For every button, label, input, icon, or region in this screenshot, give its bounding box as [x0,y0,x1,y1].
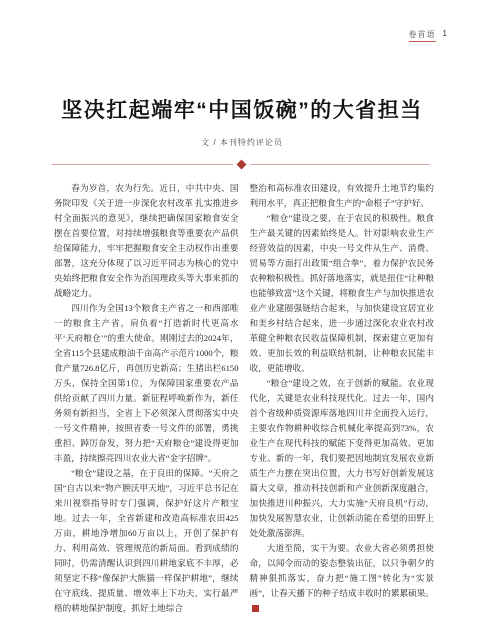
article-body: 春为岁首，农为行先。近日，中共中央、国务院印发《关于进一步深化农村改革 扎实推进… [54,181,434,616]
byline: 文 / 本刊特约评论员 [0,137,484,148]
text-column-right: 整治和高标准农田建设，有效提升土地节约集约利用水平，真正把粮食生产的“命根子”守… [250,181,435,616]
divider-line-right [250,164,431,165]
text-column-left: 春为岁首，农为行先。近日，中共中央、国务院印发《关于进一步深化农村改革 扎实推进… [54,181,239,616]
article-title: 坚决扛起端牢“中国饭碗”的大省担当 [40,98,444,124]
diamond-ornament-icon [236,160,246,170]
article-end-mark-icon [252,605,259,612]
paragraph-continuation: 整治和高标准农田建设，有效提升土地节约集约利用水平，真正把粮食生产的“命根子”守… [250,181,435,211]
paragraph: 四川作为全国13个粮食主产省之一和西部唯一的粮食主产省，肩负着“打造新时代更高水… [54,301,239,466]
paragraph-text: “粮仓”建设之效，在于创新的赋能。农业现代化，关键是农业科技现代化。过去一年，国… [250,378,435,538]
paragraph: 大道至简，实干为要。农业大省必须勇担使命，以闻令而动的姿态整装出征，以只争朝夕的… [250,541,435,616]
paragraph: “粮仓”建设之基，在于良田的保障。“天府之国”自古以来“物产腴沃甲天地”，习近平… [54,466,239,616]
page-number: 1 [443,29,447,38]
paragraph-text: 四川作为全国13个粮食主产省之一和西部唯一的粮食主产省，肩负着“打造新时代更高水… [54,303,239,463]
paragraph: 春为岁首，农为行先。近日，中共中央、国务院印发《关于进一步深化农村改革 扎实推进… [54,181,239,301]
paragraph-text: “粮仓”建设之基，在于良田的保障。“天府之国”自古以来“物产腴沃甲天地”，习近平… [54,468,239,613]
magazine-page: 卷首语 1 坚决扛起端牢“中国饭碗”的大省担当 文 / 本刊特约评论员 春为岁首… [0,0,484,640]
paragraph-text: 春为岁首，农为行先。近日，中共中央、国务院印发《关于进一步深化农村改革 扎实推进… [54,183,239,298]
divider-rule [52,161,430,168]
paragraph-text: 大道至简，实干为要。农业大省必须勇担使命，以闻令而动的姿态整装出征，以只争朝夕的… [250,543,435,598]
paragraph: “粮仓”建设之效，在于创新的赋能。农业现代化，关键是农业科技现代化。过去一年，国… [250,376,435,541]
paragraph: “粮仓”建设之要，在于农民的积极性。粮食生产最关键的因素始终是人。针对影响农业生… [250,211,435,376]
divider-line-left [52,164,233,165]
section-label: 卷首语 [409,29,436,42]
paragraph-text: “粮仓”建设之要，在于农民的积极性。粮食生产最关键的因素始终是人。针对影响农业生… [250,213,435,373]
paragraph-text: 整治和高标准农田建设，有效提升土地节约集约利用水平，真正把粮食生产的“命根子”守… [250,183,435,208]
page-header: 卷首语 1 [409,29,447,42]
